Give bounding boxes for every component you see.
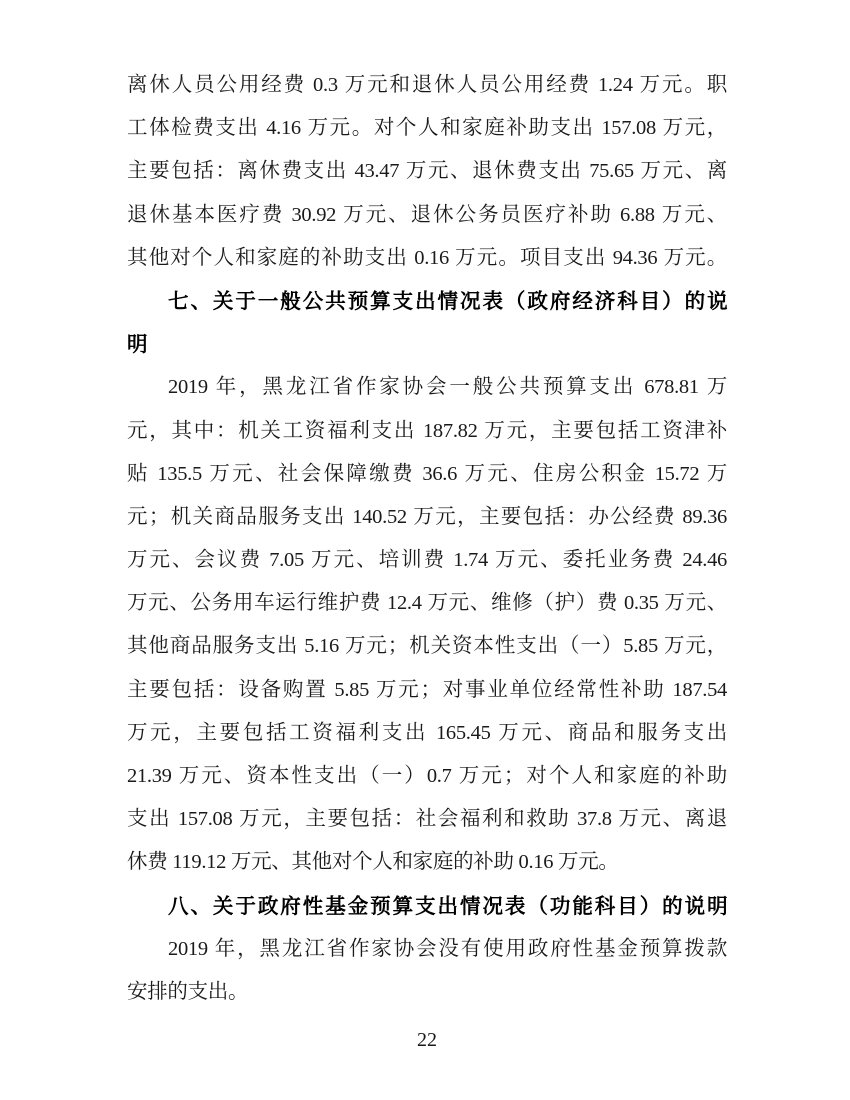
body-text-line: 工体检费支出 4.16 万元。对个人和家庭补助支出 157.08 万元， <box>127 107 727 150</box>
body-text-line: 万元、公务用车运行维护费 12.4 万元、维修（护）费 0.35 万元、 <box>127 582 727 625</box>
body-text-line: 安排的支出。 <box>127 971 727 1014</box>
document-text: 离休人员公用经费 0.3 万元和退休人员公用经费 1.24 万元。职 工体检费支… <box>127 64 727 1014</box>
body-text-line: 万元、会议费 7.05 万元、培训费 1.74 万元、委托业务费 24.46 <box>127 539 727 582</box>
body-text-line: 元，其中：机关工资福利支出 187.82 万元，主要包括工资津补 <box>127 410 727 453</box>
body-text-line: 支出 157.08 万元，主要包括：社会福利和救助 37.8 万元、离退 <box>127 798 727 841</box>
body-text-line: 元；机关商品服务支出 140.52 万元，主要包括：办公经费 89.36 <box>127 496 727 539</box>
body-text-line: 主要包括：设备购置 5.85 万元；对事业单位经常性补助 187.54 <box>127 669 727 712</box>
section-heading-seven-line-1: 七、关于一般公共预算支出情况表（政府经济科目）的说 <box>127 280 727 323</box>
body-text-line: 贴 135.5 万元、社会保障缴费 36.6 万元、住房公积金 15.72 万 <box>127 453 727 496</box>
body-text-line: 2019 年，黑龙江省作家协会一般公共预算支出 678.81 万 <box>127 366 727 409</box>
body-text-line: 休费 119.12 万元、其他对个人和家庭的补助 0.16 万元。 <box>127 841 727 884</box>
body-text-line: 离休人员公用经费 0.3 万元和退休人员公用经费 1.24 万元。职 <box>127 64 727 107</box>
section-heading-eight: 八、关于政府性基金预算支出情况表（功能科目）的说明 <box>127 885 727 928</box>
body-text-line: 退休基本医疗费 30.92 万元、退休公务员医疗补助 6.88 万元、 <box>127 194 727 237</box>
body-text-line: 其他对个人和家庭的补助支出 0.16 万元。项目支出 94.36 万元。 <box>127 237 727 280</box>
body-text-line: 21.39 万元、资本性支出（一）0.7 万元；对个人和家庭的补助 <box>127 755 727 798</box>
body-text-line: 万元，主要包括工资福利支出 165.45 万元、商品和服务支出 <box>127 712 727 755</box>
body-text-line: 主要包括：离休费支出 43.47 万元、退休费支出 75.65 万元、离 <box>127 150 727 193</box>
body-text-line: 其他商品服务支出 5.16 万元；机关资本性支出（一）5.85 万元， <box>127 625 727 668</box>
body-text-line: 2019 年，黑龙江省作家协会没有使用政府性基金预算拨款 <box>127 928 727 971</box>
document-page: 离休人员公用经费 0.3 万元和退休人员公用经费 1.24 万元。职 工体检费支… <box>0 0 850 1100</box>
page-number: 22 <box>127 1029 727 1052</box>
section-heading-seven-line-2: 明 <box>127 323 727 366</box>
